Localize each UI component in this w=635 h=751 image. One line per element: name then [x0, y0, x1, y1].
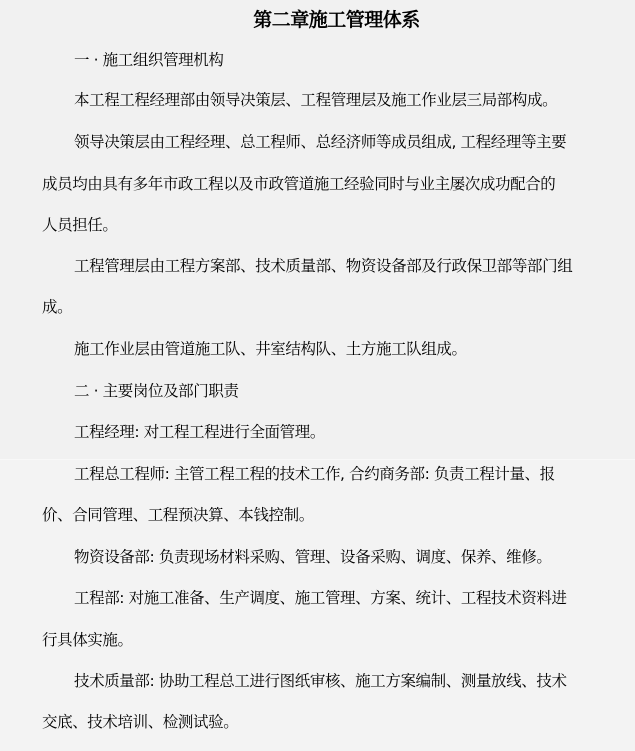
- paragraph-line: 本工程工程经理部由领导决策层、工程管理层及施工作业层三局部构成。: [74, 90, 557, 110]
- paragraph-line: 行具体实施。: [42, 630, 133, 650]
- section-heading-organization: 一 · 施工组织管理机构: [74, 50, 223, 70]
- paragraph-line: 成。: [42, 297, 72, 317]
- paragraph-line: 工程管理层由工程方案部、技术质量部、物资设备部及行政保卫部等部门组: [74, 256, 572, 276]
- paragraph-line: 领导决策层由工程经理、总工程师、总经济师等成员组成, 工程经理等主要: [74, 132, 566, 152]
- paragraph-line: 人员担任。: [42, 215, 118, 235]
- paragraph-line: 施工作业层由管道施工队、井室结构队、土方施工队组成。: [74, 339, 467, 359]
- paragraph-line: 工程部: 对施工准备、生产调度、施工管理、方案、统计、工程技术资料进: [74, 588, 567, 608]
- section-heading-responsibilities: 二 · 主要岗位及部门职责: [74, 381, 239, 401]
- paragraph-line: 工程经理: 对工程工程进行全面管理。: [74, 422, 325, 442]
- paragraph-line: 价、合同管理、工程预决算、本钱控制。: [42, 505, 314, 525]
- paragraph-line: 交底、技术培训、检测试验。: [42, 712, 238, 732]
- paragraph-line: 工程总工程师: 主管工程工程的技术工作, 合约商务部: 负责工程计量、报: [74, 464, 555, 484]
- paragraph-line: 物资设备部: 负责现场材料采购、管理、设备采购、调度、保养、维修。: [74, 547, 551, 567]
- chapter-title: 第二章施工管理体系: [0, 6, 635, 34]
- paragraph-line: 技术质量部: 协助工程总工进行图纸审核、施工方案编制、测量放线、技术: [74, 671, 567, 691]
- paragraph-line: 成员均由具有多年市政工程以及市政管道施工经验同时与业主屡次成功配合的: [42, 174, 555, 194]
